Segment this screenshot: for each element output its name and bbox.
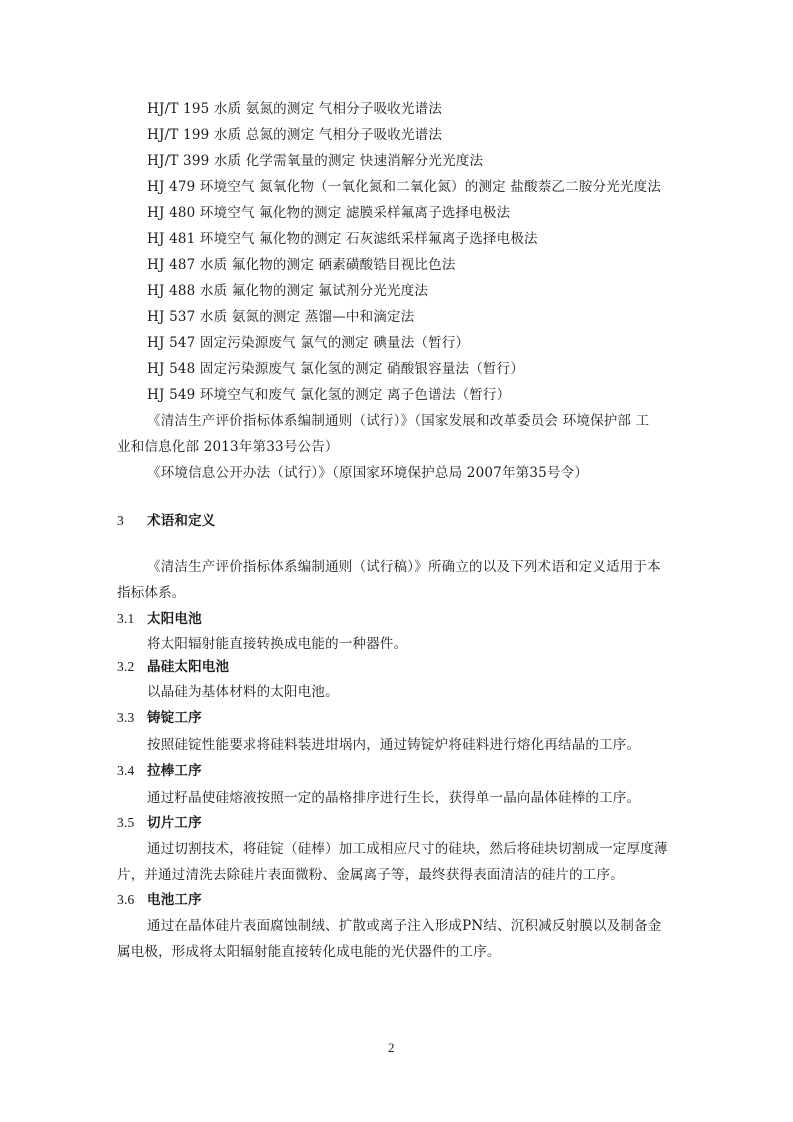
term-title: 铸锭工序 [147, 710, 202, 726]
term-heading: 3.1太阳电池 [117, 610, 202, 628]
term-definition: 以晶硅为基体材料的太阳电池。 [147, 683, 339, 701]
term-heading: 3.5切片工序 [117, 814, 202, 832]
term-definition: 通过在晶体硅片表面腐蚀制绒、扩散或离子注入形成PN结、沉积减反射膜以及制备金 [147, 917, 662, 935]
term-definition-continued: 属电极，形成将太阳辐射能直接转化成电能的光伏器件的工序。 [117, 943, 501, 961]
reference-item: HJ/T 195 水质 氨氮的测定 气相分子吸收光谱法 [147, 100, 442, 118]
section-intro-continued: 指标体系。 [117, 584, 186, 602]
term-number: 3.6 [117, 891, 147, 909]
term-number: 3.1 [117, 610, 147, 628]
term-number: 3.5 [117, 814, 147, 832]
section-number: 3 [117, 512, 147, 530]
term-title: 太阳电池 [147, 611, 202, 627]
page-number: 2 [388, 1040, 395, 1056]
term-title: 电池工序 [147, 892, 202, 908]
reference-item: HJ/T 199 水质 总氮的测定 气相分子吸收光谱法 [147, 126, 442, 144]
reference-item: HJ 487 水质 氟化物的测定 硒素磺酸锆目视比色法 [147, 256, 456, 274]
term-title: 晶硅太阳电池 [147, 659, 229, 675]
reference-item: HJ 549 环境空气和废气 氯化氢的测定 离子色谱法（暂行） [147, 386, 510, 404]
reference-item: HJ 488 水质 氟化物的测定 氟试剂分光光度法 [147, 282, 428, 300]
policy-reference: 《环境信息公开办法（试行）》（原国家环境保护总局 2007年第35号令） [147, 464, 588, 482]
policy-reference-continued: 业和信息化部 2013年第33号公告） [117, 438, 339, 456]
reference-item: HJ 480 环境空气 氟化物的测定 滤膜采样氟离子选择电极法 [147, 204, 510, 222]
reference-item: HJ 481 环境空气 氟化物的测定 石灰滤纸采样氟离子选择电极法 [147, 230, 538, 248]
term-number: 3.4 [117, 762, 147, 780]
term-definition: 通过切割技术，将硅锭（硅棒）加工成相应尺寸的硅块，然后将硅块切割成一定厚度薄 [147, 840, 668, 858]
section-intro: 《清洁生产评价指标体系编制通则（试行稿）》所确立的以及下列术语和定义适用于本 [147, 558, 661, 576]
term-definition: 通过籽晶使硅熔液按照一定的晶格排序进行生长，获得单一晶向晶体硅棒的工序。 [147, 789, 640, 807]
reference-item: HJ/T 399 水质 化学需氧量的测定 快速消解分光光度法 [147, 152, 483, 170]
term-number: 3.2 [117, 658, 147, 676]
reference-item: HJ 537 水质 氨氮的测定 蒸馏—中和滴定法 [147, 308, 414, 326]
policy-reference: 《清洁生产评价指标体系编制通则（试行）》（国家发展和改革委员会 环境保护部 工 [147, 412, 649, 430]
term-title: 切片工序 [147, 815, 202, 831]
reference-item: HJ 548 固定污染源废气 氯化氢的测定 硝酸银容量法（暂行） [147, 360, 524, 378]
term-title: 拉棒工序 [147, 763, 202, 779]
term-heading: 3.6电池工序 [117, 891, 202, 909]
term-number: 3.3 [117, 709, 147, 727]
section-heading: 3术语和定义 [117, 512, 216, 530]
document-page: HJ/T 195 水质 氨氮的测定 气相分子吸收光谱法 HJ/T 199 水质 … [0, 0, 793, 1122]
reference-item: HJ 547 固定污染源废气 氯气的测定 碘量法（暂行） [147, 334, 469, 352]
term-definition: 将太阳辐射能直接转换成电能的一种器件。 [147, 635, 407, 653]
term-heading: 3.4拉棒工序 [117, 762, 202, 780]
term-heading: 3.2晶硅太阳电池 [117, 658, 229, 676]
term-definition-continued: 片，并通过清洗去除硅片表面微粉、金属离子等，最终获得表面清洁的硅片的工序。 [117, 866, 624, 884]
section-title: 术语和定义 [147, 513, 216, 529]
term-definition: 按照硅锭性能要求将硅料装进坩埚内，通过铸锭炉将硅料进行熔化再结晶的工序。 [147, 736, 640, 754]
reference-item: HJ 479 环境空气 氮氧化物（一氧化氮和二氧化氮）的测定 盐酸萘乙二胺分光光… [147, 178, 661, 196]
term-heading: 3.3铸锭工序 [117, 709, 202, 727]
